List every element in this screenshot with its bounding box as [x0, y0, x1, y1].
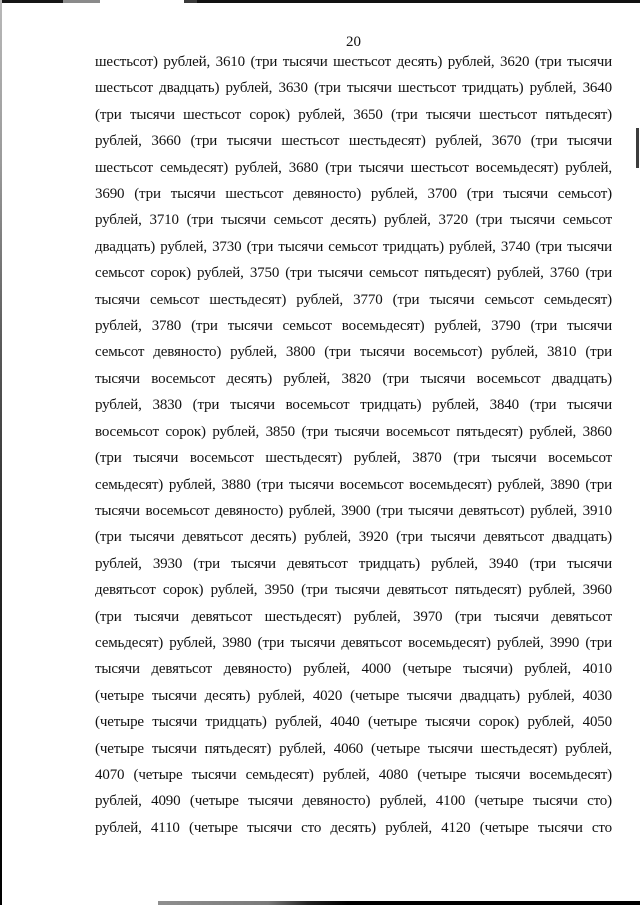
text-line: девятьсот сорок) рублей, 3950 (три тысяч…	[95, 577, 612, 603]
scan-top-edge-artifact	[0, 0, 640, 3]
text-line: двадцать) рублей, 3730 (три тысячи семьс…	[95, 234, 612, 260]
text-line: (три тысячи шестьсот сорок) рублей, 3650…	[95, 102, 612, 128]
scan-left-edge-artifact	[0, 0, 2, 905]
scan-bottom-edge-artifact	[158, 901, 640, 905]
text-line: рублей, 3660 (три тысячи шестьсот шестьд…	[95, 128, 612, 154]
text-line: семьдесят) рублей, 3980 (три тысячи девя…	[95, 630, 612, 656]
text-line: (три тысячи восемьсот шестьдесят) рублей…	[95, 445, 612, 471]
text-line: шестьсот) рублей, 3610 (три тысячи шесть…	[95, 49, 612, 75]
text-line: (четыре тысячи тридцать) рублей, 4040 (ч…	[95, 709, 612, 735]
text-line: 4070 (четыре тысячи семьдесят) рублей, 4…	[95, 762, 612, 788]
text-line: рублей, 4110 (четыре тысячи сто десять) …	[95, 815, 612, 841]
scan-right-edge-artifact	[636, 128, 639, 168]
text-line: тысячи девятьсот девяносто) рублей, 4000…	[95, 656, 612, 682]
text-line: (четыре тысячи пятьдесят) рублей, 4060 (…	[95, 736, 612, 762]
text-line: (три тысячи девятьсот десять) рублей, 39…	[95, 524, 612, 550]
text-line: (четыре тысячи десять) рублей, 4020 (чет…	[95, 683, 612, 709]
document-page: 20 шестьсот) рублей, 3610 (три тысячи ше…	[0, 0, 640, 905]
text-line: рублей, 3710 (три тысячи семьсот десять)…	[95, 207, 612, 233]
text-line: тысячи восемьсот десять) рублей, 3820 (т…	[95, 366, 612, 392]
text-line: (три тысячи девятьсот шестьдесят) рублей…	[95, 604, 612, 630]
body-text: шестьсот) рублей, 3610 (три тысячи шесть…	[95, 49, 612, 841]
text-line: рублей, 3780 (три тысячи семьсот восемьд…	[95, 313, 612, 339]
text-line: семьдесят) рублей, 3880 (три тысячи восе…	[95, 472, 612, 498]
text-line: рублей, 3930 (три тысячи девятьсот тридц…	[95, 551, 612, 577]
text-line: шестьсот двадцать) рублей, 3630 (три тыс…	[95, 75, 612, 101]
text-line: тысячи восемьсот девяносто) рублей, 3900…	[95, 498, 612, 524]
text-line: семьсот девяносто) рублей, 3800 (три тыс…	[95, 339, 612, 365]
text-line: семьсот сорок) рублей, 3750 (три тысячи …	[95, 260, 612, 286]
text-line: 3690 (три тысячи шестьсот девяносто) руб…	[95, 181, 612, 207]
text-line: рублей, 3830 (три тысячи восемьсот тридц…	[95, 392, 612, 418]
text-line: шестьсот семьдесят) рублей, 3680 (три ты…	[95, 155, 612, 181]
text-line: восемьсот сорок) рублей, 3850 (три тысяч…	[95, 419, 612, 445]
text-line: рублей, 4090 (четыре тысячи девяносто) р…	[95, 788, 612, 814]
text-line: тысячи семьсот шестьдесят) рублей, 3770 …	[95, 287, 612, 313]
